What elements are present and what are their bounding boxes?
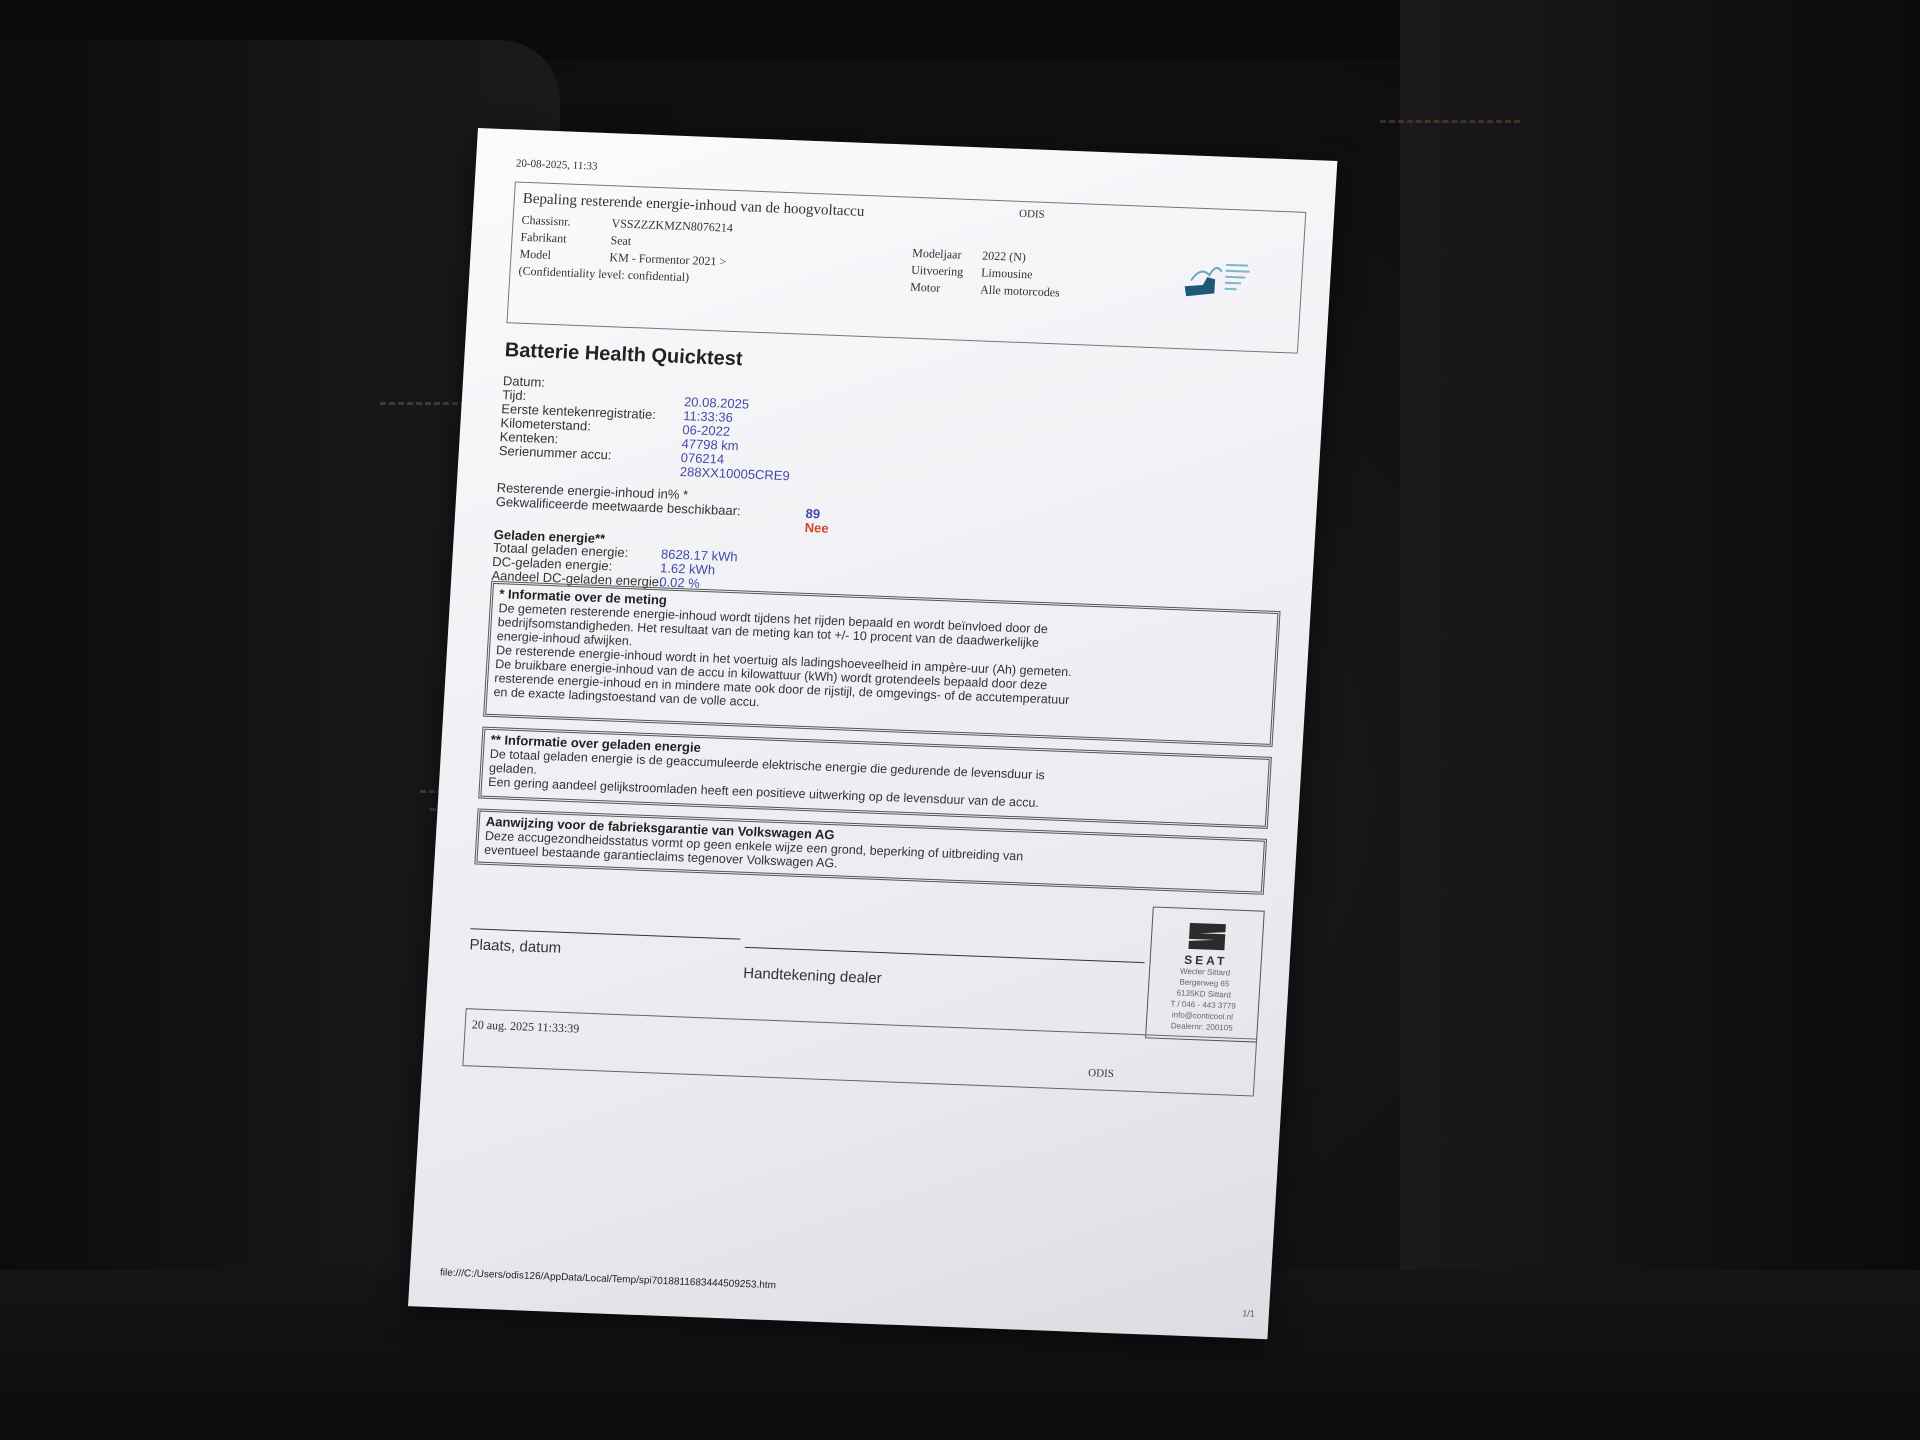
- qualified-measurement-value: Nee: [804, 521, 829, 536]
- vehicle-fields-left: Chassisnr.VSSZZZKMZN8076214 FabrikantSea…: [518, 213, 733, 289]
- info-labels: Datum: Tijd: Eerste kentekenregistratie:…: [498, 374, 658, 464]
- dealer-stamp: SEAT Wecler Sittard Bergerweg 65 6135KD …: [1145, 906, 1265, 1042]
- measurement-info-box: * Informatie over de meting De gemeten r…: [483, 581, 1280, 747]
- energy-values: 89 Nee: [804, 507, 830, 536]
- system-label: ODIS: [1019, 208, 1045, 221]
- energy-labels: Resterende energie-inhoud in% * Gekwalif…: [495, 481, 741, 518]
- battery-health-report-sheet: 20-08-2025, 11:33 ODIS Bepaling resteren…: [408, 128, 1337, 1339]
- report-title: Batterie Health Quicktest: [504, 339, 743, 371]
- battery-vehicle-logo-icon: [1179, 248, 1263, 311]
- seat-stitching: [1380, 120, 1520, 123]
- footer-box: 20 aug. 2025 11:33:39 ODIS: [462, 1008, 1257, 1096]
- info-values: 20.08.2025 11:33:36 06-2022 47798 km 076…: [679, 395, 794, 483]
- seat-logo-icon: [1184, 919, 1230, 955]
- print-datetime: 20-08-2025, 11:33: [516, 157, 598, 172]
- footer-datetime: 20 aug. 2025 11:33:39: [471, 1017, 579, 1036]
- dealer-signature-label: Handtekening dealer: [743, 965, 882, 987]
- charged-values: 8628.17 kWh 1.62 kWh 0.02 %: [659, 547, 738, 592]
- page-number: 1/1: [1242, 1308, 1255, 1318]
- footer-system: ODIS: [1088, 1067, 1114, 1080]
- battery-serial-value: 288XX10005CRE9: [679, 465, 790, 483]
- place-date-label: Plaats, datum: [469, 936, 562, 956]
- vehicle-fields-right: Modeljaar2022 (N) UitvoeringLimousine Mo…: [910, 246, 1063, 303]
- dealer-signature-line: [745, 947, 1145, 963]
- vehicle-header-box: ODIS Bepaling resterende energie-inhoud …: [506, 181, 1306, 353]
- seat-right-panel: [1400, 0, 1920, 1440]
- file-path: file:///C:/Users/odis126/AppData/Local/T…: [440, 1267, 777, 1291]
